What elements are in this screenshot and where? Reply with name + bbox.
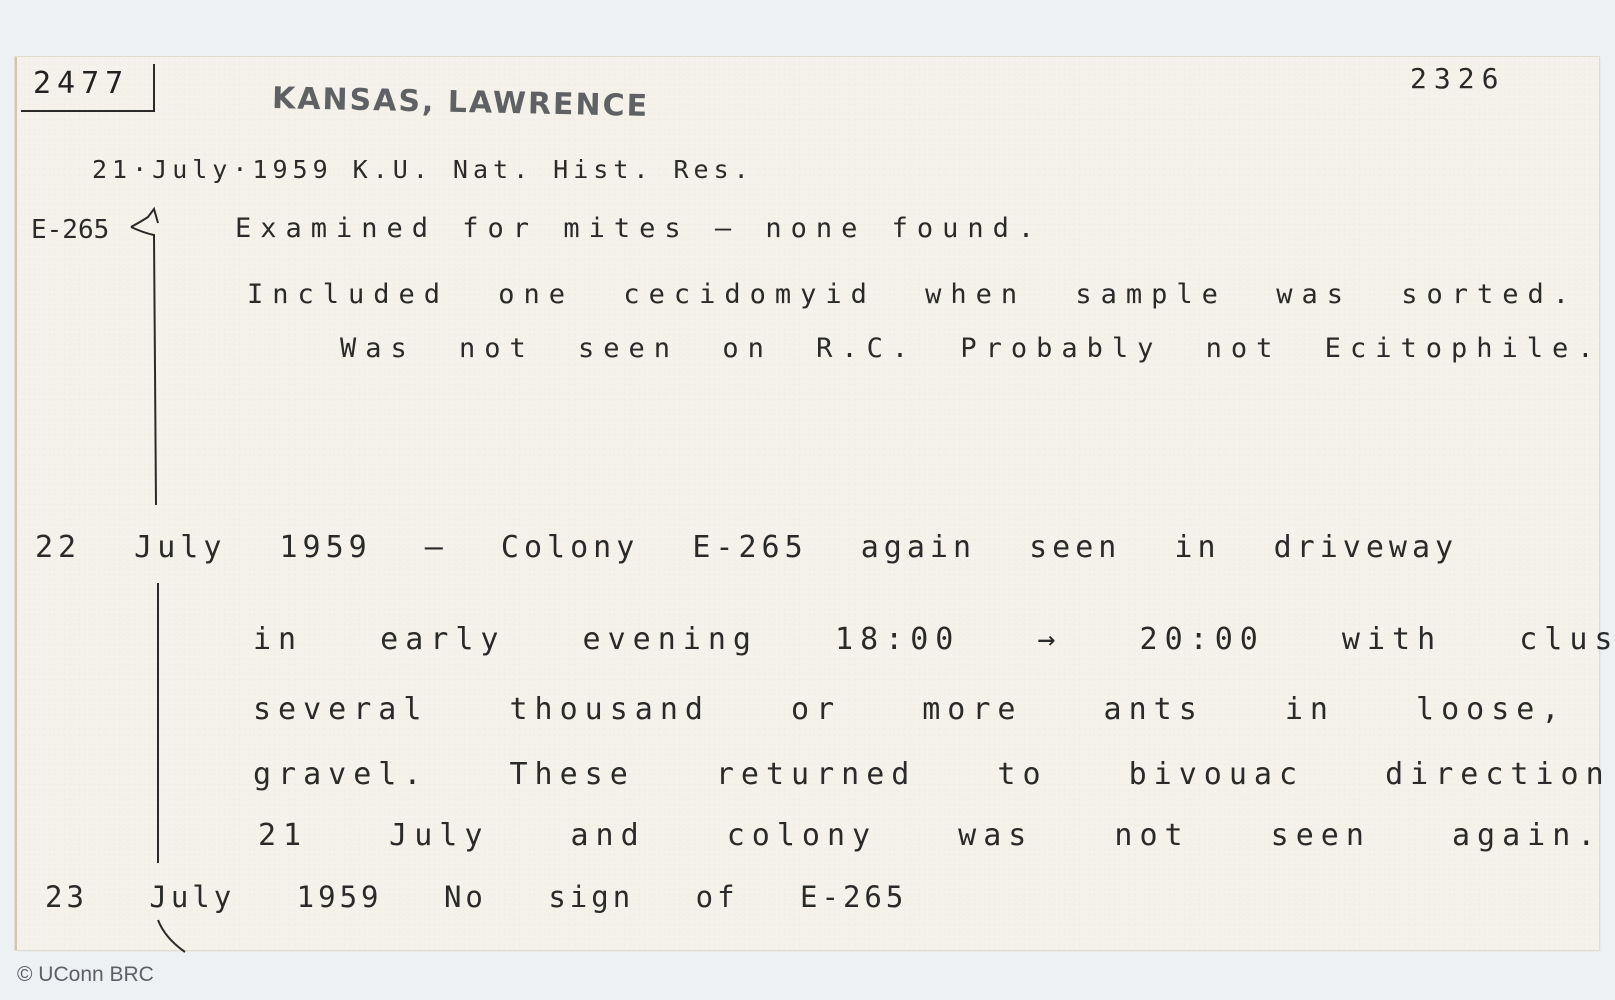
bracket-21-july-icon (128, 205, 168, 510)
corner-number: 2326 (1410, 62, 1505, 95)
entry-2-line-5: 21 July and colony was not seen again. (258, 818, 1602, 853)
specimen-record-card (15, 57, 1599, 950)
specimen-label: E-265 (31, 215, 109, 245)
entry-2-line-2: in early evening 18:00 → 20:00 with clus… (253, 622, 1615, 657)
entry-3-line-1: 23 July 1959 No sign of E-265 (45, 880, 907, 914)
bracket-22-july (157, 583, 159, 863)
entry-1-line-3: Was not seen on R.C. Probably not Ecitop… (340, 333, 1603, 364)
entry-2-line-4: gravel. These returned to bivouac direct… (253, 757, 1615, 792)
entry-1-line-1: Examined for mites – none found. (235, 213, 1043, 244)
copyright-notice: © UConn BRC (17, 963, 154, 987)
bracket-23-july-icon (155, 918, 195, 953)
catalog-number: 2477 (33, 66, 129, 101)
entry-2-line-3: several thousand or more ants in loose, … (253, 692, 1615, 727)
entry-2-line-1: 22 July 1959 – Colony E-265 again seen i… (35, 530, 1458, 565)
entry-1-line-2: Included one cecidomyid when sample was … (247, 279, 1578, 310)
header-line: 21·July·1959 K.U. Nat. Hist. Res. (92, 155, 754, 184)
